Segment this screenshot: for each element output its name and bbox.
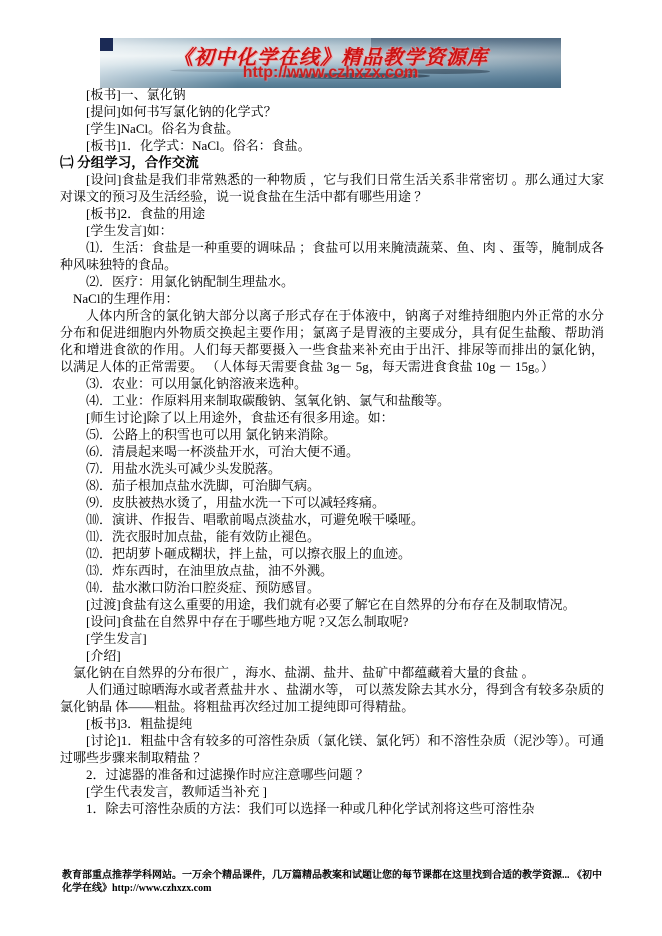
paragraph: ⑼．皮肤被热水烫了，用盐水洗一下可以减轻疼痛。 xyxy=(60,494,604,511)
paragraph: [学生发言] xyxy=(60,630,604,647)
footer-promo-text: 教育部重点推荐学科网站。一万余个精品课件，几万篇精品教案和试题让您的每节课都在这… xyxy=(62,870,602,894)
paragraph: ⑴．生活：食盐是一种重要的调味品 ；食盐可以用来腌渍蔬菜、鱼、肉 、蛋等，腌制成… xyxy=(60,239,604,273)
paragraph: ⑹．清晨起来喝一杯淡盐开水，可治大便不通。 xyxy=(60,443,604,460)
paragraph: [设问]食盐是我们非常熟悉的一种物质 ，它与我们日常生活关系非常密切 。那么通过… xyxy=(60,171,604,205)
paragraph: 氯化钠在自然界的分布很广 ，海水、盐湖、盐井、盐矿中都蕴藏着大量的食盐 。 xyxy=(60,664,604,681)
paragraph: ⑶．农业：可以用氯化钠溶液来选种。 xyxy=(60,375,604,392)
paragraph: [提问]如何书写氯化钠的化学式？ xyxy=(60,103,604,120)
document-body: [板书]一、氯化钠[提问]如何书写氯化钠的化学式？[学生]NaCl。俗名为食盐。… xyxy=(60,86,604,817)
paragraph: 人体内所含的氯化钠大部分以离子形式存在于体液中，钠离子对维持细胞内外正常的水分分… xyxy=(60,307,604,375)
paragraph: [学生发言]如： xyxy=(60,222,604,239)
paragraph: ⑷．工业：作原料用来制取碳酸钠、氢氧化钠、氯气和盐酸等。 xyxy=(60,392,604,409)
paragraph: [板书]3．粗盐提纯 xyxy=(60,715,604,732)
paragraph: ㈡ 分组学习，合作交流 xyxy=(60,154,604,171)
paragraph: [讨论]1．粗盐中含有较多的可溶性杂质（氯化镁、氯化钙）和不溶性杂质（泥沙等）。… xyxy=(60,732,604,766)
page-footer: 教育部重点推荐学科网站。一万余个精品课件，几万篇精品教案和试题让您的每节课都在这… xyxy=(62,869,602,895)
paragraph: ⑿．把胡萝卜砸成糊状，拌上盐，可以擦衣服上的血迹。 xyxy=(60,545,604,562)
paragraph: [过渡]食盐有这么重要的用途，我们就有必要了解它在自然界的分布存在及制取情况。 xyxy=(60,596,604,613)
paragraph: ⑵．医疗：用氯化钠配制生理盐水。 xyxy=(60,273,604,290)
header-banner: 《初中化学在线》精品教学资源库 http://www.czhxzx.com xyxy=(100,38,561,88)
paragraph: [板书]1．化学式：NaCl。俗名：食盐。 xyxy=(60,137,604,154)
banner-site-url: http://www.czhxzx.com xyxy=(100,64,561,82)
paragraph: [学生]NaCl。俗名为食盐。 xyxy=(60,120,604,137)
paragraph: 2．过滤器的准备和过滤操作时应注意哪些问题 ？ xyxy=(60,766,604,783)
paragraph: ⑸．公路上的积雪也可以用 氯化钠来消除。 xyxy=(60,426,604,443)
paragraph: NaCl的生理作用： xyxy=(60,290,604,307)
paragraph: ⒀．炸东西时，在油里放点盐，油不外溅。 xyxy=(60,562,604,579)
paragraph: [板书]2．食盐的用途 xyxy=(60,205,604,222)
paragraph: ⒁．盐水漱口防治口腔炎症、预防感冒。 xyxy=(60,579,604,596)
paragraph: ⑺．用盐水洗头可减少头发脱落。 xyxy=(60,460,604,477)
paragraph: 人们通过晾晒海水或者煮盐井水 、盐湖水等， 可以蒸发除去其水分，得到含有较多杂质… xyxy=(60,681,604,715)
document-page: 《初中化学在线》精品教学资源库 http://www.czhxzx.com [板… xyxy=(0,0,662,936)
paragraph: [板书]一、氯化钠 xyxy=(60,86,604,103)
paragraph: ⑻．茄子根加点盐水洗脚，可治脚气病。 xyxy=(60,477,604,494)
paragraph: [师生讨论]除了以上用途外，食盐还有很多用途。如： xyxy=(60,409,604,426)
paragraph: [介绍] xyxy=(60,647,604,664)
paragraph: 1．除去可溶性杂质的方法：我们可以选择一种或几种化学试剂将这些可溶性杂 xyxy=(60,800,604,817)
paragraph: [学生代表发言，教师适当补充 ] xyxy=(60,783,604,800)
paragraph: [设问]食盐在自然界中存在于哪些地方呢 ?又怎么制取呢? xyxy=(60,613,604,630)
paragraph: ⑾．洗衣服时加点盐，能有效防止褪色。 xyxy=(60,528,604,545)
paragraph: ⑽．演讲、作报告、唱歌前喝点淡盐水，可避免喉干嗓哑。 xyxy=(60,511,604,528)
